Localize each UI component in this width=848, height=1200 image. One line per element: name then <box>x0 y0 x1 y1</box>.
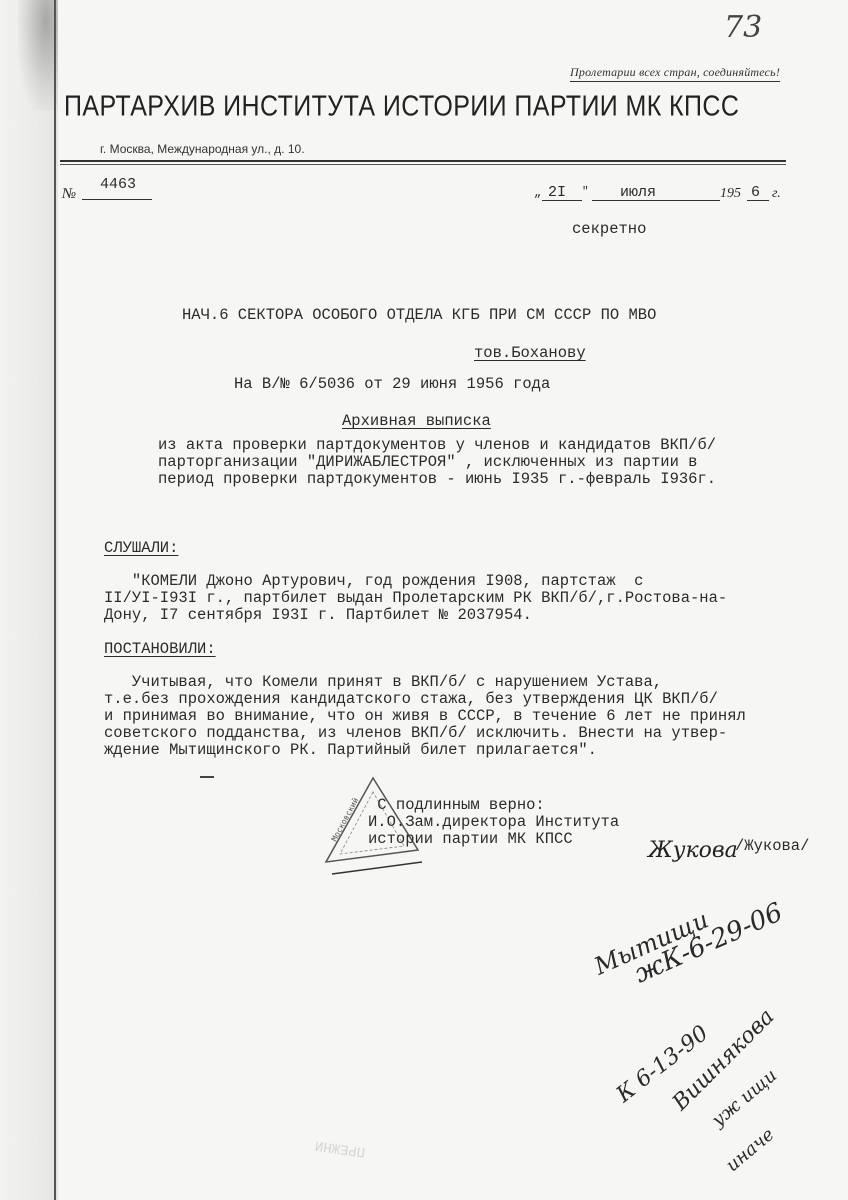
bleedthrough-text: ПРЕЖНИ <box>314 1137 366 1160</box>
date-day: 2I <box>548 184 566 201</box>
date-open-quote: „ <box>534 186 541 200</box>
date-month: июля <box>620 184 656 201</box>
document-number: 4463 <box>100 176 136 193</box>
extract-line: из акта проверки партдокументов у членов… <box>158 437 716 454</box>
date-day-line <box>542 200 582 201</box>
decided-line: т.е.без прохождения кандидатского стажа,… <box>104 691 746 708</box>
page-edge-shadow <box>0 0 58 1200</box>
certification-line: истории партии МК КПСС <box>368 831 619 848</box>
decided-label: ПОСТАНОВИЛИ: <box>104 641 216 658</box>
decided-line: советского подданства, из членов ВКП/б/ … <box>104 725 746 742</box>
signature-name: /Жукова/ <box>735 838 809 855</box>
addressee-name: тов.Боханову <box>474 345 586 362</box>
certification-line: С подлинным верно: <box>368 797 619 814</box>
document-number-label: № <box>62 186 76 203</box>
date-year-line <box>747 200 769 201</box>
certification-line: И.О.Зам.директора Института <box>368 814 619 831</box>
reply-reference: На В/№ 6/5036 от 29 июня 1956 года <box>234 376 550 393</box>
extract-description: из акта проверки партдокументов у членов… <box>158 437 716 488</box>
date-year-suffix: 6 <box>751 184 760 201</box>
letterhead-address: г. Москва, Международная ул., д. 10. <box>100 142 305 156</box>
handwritten-note: иначе <box>722 1124 778 1176</box>
date-year-prefix: 195 <box>720 186 741 202</box>
classification-mark: секретно <box>572 221 646 238</box>
decided-line: ждение Мытищинского РК. Партийный билет … <box>104 742 746 759</box>
addressee-title: НАЧ.6 СЕКТОРА ОСОБОГО ОТДЕЛА КГБ ПРИ СМ … <box>182 307 656 324</box>
decided-line: и принимая во внимание, что он живя в СС… <box>104 708 746 725</box>
letterhead-slogan: Пролетарии всех стран, соединяйтесь! <box>570 65 780 82</box>
heard-line: "КОМЕЛИ Джоно Артурович, год рождения I9… <box>104 573 727 590</box>
heard-body: "КОМЕЛИ Джоно Артурович, год рождения I9… <box>104 573 727 624</box>
letterhead-rule <box>60 160 786 162</box>
date-year-unit: г. <box>772 186 781 202</box>
page-edge-smudge <box>18 0 58 110</box>
decided-body: Учитывая, что Комели принят в ВКП/б/ с н… <box>104 674 746 759</box>
handwritten-signature: Жукова <box>648 838 738 863</box>
separator-dash <box>200 776 214 778</box>
decided-line: Учитывая, что Комели принят в ВКП/б/ с н… <box>104 674 746 691</box>
heard-line: II/УI-I93I г., партбилет выдан Пролетарс… <box>104 590 727 607</box>
page-binding-edge <box>54 0 56 1200</box>
date-month-line <box>592 200 720 201</box>
extract-line: парторганизации "ДИРИЖАБЛЕСТРОЯ" , исклю… <box>158 454 716 471</box>
extract-line: период проверки партдокументов - июнь I9… <box>158 471 716 488</box>
heard-line: Дону, I7 сентября I93I г. Партбилет № 20… <box>104 607 727 624</box>
letterhead-institution: ПАРТАРХИВ ИНСТИТУТА ИСТОРИИ ПАРТИИ МК КП… <box>64 90 739 123</box>
date-close-quote: " <box>582 186 589 198</box>
page-number: 73 <box>724 10 762 45</box>
certification-block: С подлинным верно: И.О.Зам.директора Инс… <box>368 797 619 848</box>
extract-title: Архивная выписка <box>342 413 491 430</box>
letterhead-rule-thin <box>60 164 786 165</box>
stamp-text: Московский <box>330 796 361 843</box>
document-number-line <box>82 199 152 200</box>
heard-label: СЛУШАЛИ: <box>104 540 178 557</box>
